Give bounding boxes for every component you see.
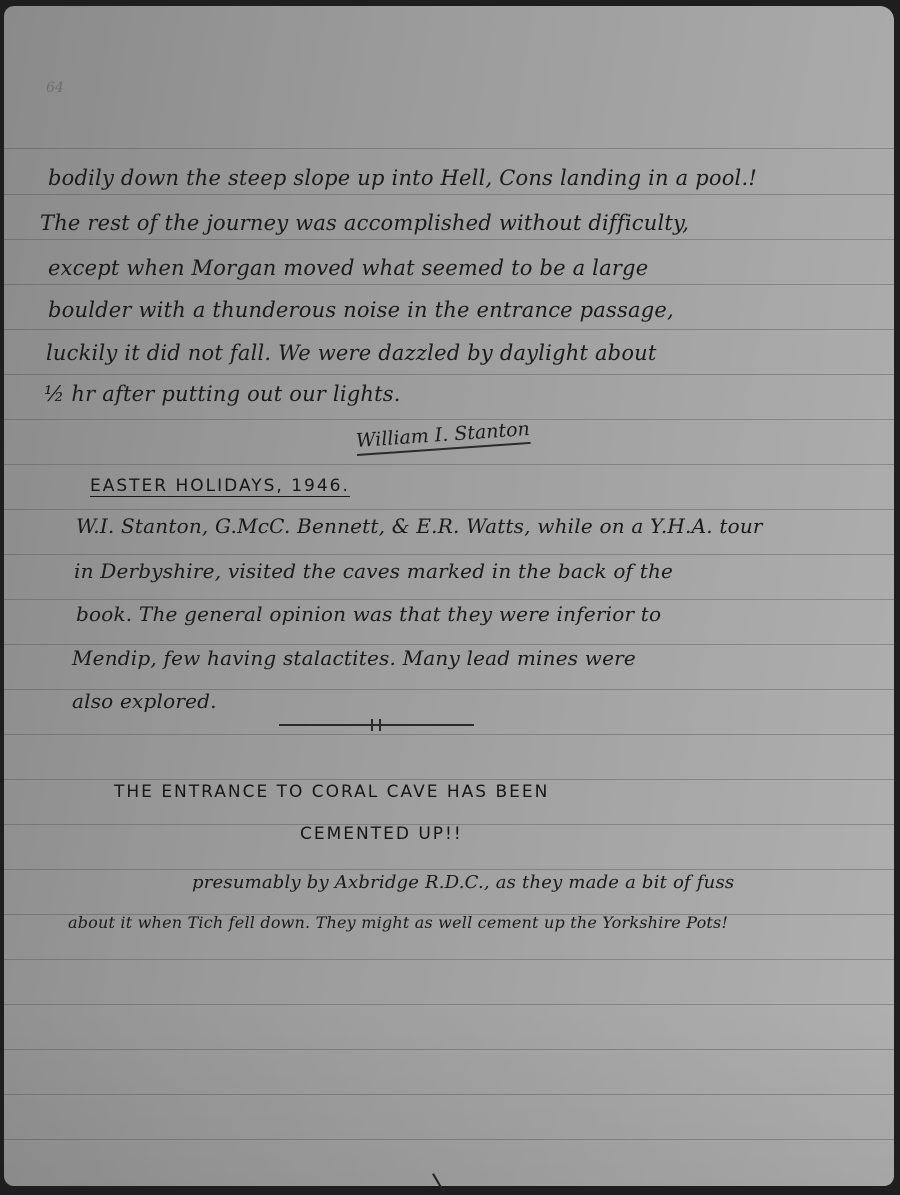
ruled-line <box>4 1094 894 1095</box>
ruled-line <box>4 1049 894 1050</box>
entry-2-line-2: in Derbyshire, visited the caves marked … <box>74 559 673 583</box>
ruled-line <box>4 869 894 870</box>
entry-3-line-2: about it when Tich fell down. They might… <box>68 913 728 932</box>
ruled-line <box>4 194 894 195</box>
entry-1-line-6: ½ hr after putting out our lights. <box>44 382 401 406</box>
signature: William I. Stanton <box>355 418 530 456</box>
ruled-line <box>4 239 894 240</box>
entry-1-line-5: luckily it did not fall. We were dazzled… <box>46 341 657 365</box>
ruled-line <box>4 734 894 735</box>
entry-2-line-4: Mendip, few having stalactites. Many lea… <box>72 646 636 670</box>
ruled-line <box>4 1139 894 1140</box>
entry-2-line-5: also explored. <box>72 689 217 713</box>
ruled-line <box>4 464 894 465</box>
ruled-line <box>4 959 894 960</box>
page-number: 64 <box>46 80 64 96</box>
entry-1-line-2: The rest of the journey was accomplished… <box>40 211 689 235</box>
coral-cave-heading-line-1: THE ENTRANCE TO CORAL CAVE HAS BEEN <box>114 782 549 802</box>
ruled-line <box>4 644 894 645</box>
section-divider <box>279 724 474 726</box>
entry-1-line-3: except when Morgan moved what seemed to … <box>48 256 648 280</box>
notebook-page: 64 bodily down the steep slope up into H… <box>4 6 894 1186</box>
easter-holidays-heading: EASTER HOLIDAYS, 1946. <box>90 476 350 496</box>
entry-1-line-1: bodily down the steep slope up into Hell… <box>48 166 757 190</box>
coral-cave-heading-line-2: CEMENTED UP!! <box>300 824 463 844</box>
entry-3-line-1: presumably by Axbridge R.D.C., as they m… <box>192 872 734 893</box>
ruled-line <box>4 779 894 780</box>
ruled-line <box>4 329 894 330</box>
entry-2-line-3: book. The general opinion was that they … <box>76 602 661 626</box>
entry-1-line-4: boulder with a thunderous noise in the e… <box>48 298 674 322</box>
ruled-line <box>4 148 894 149</box>
ruled-line <box>4 1004 894 1005</box>
entry-2-line-1: W.I. Stanton, G.McC. Bennett, & E.R. Wat… <box>76 514 763 538</box>
ruled-line <box>4 419 894 420</box>
ruled-line <box>4 374 894 375</box>
ruled-line <box>4 599 894 600</box>
ruled-line <box>4 284 894 285</box>
ruled-line <box>4 509 894 510</box>
ruled-line <box>4 554 894 555</box>
